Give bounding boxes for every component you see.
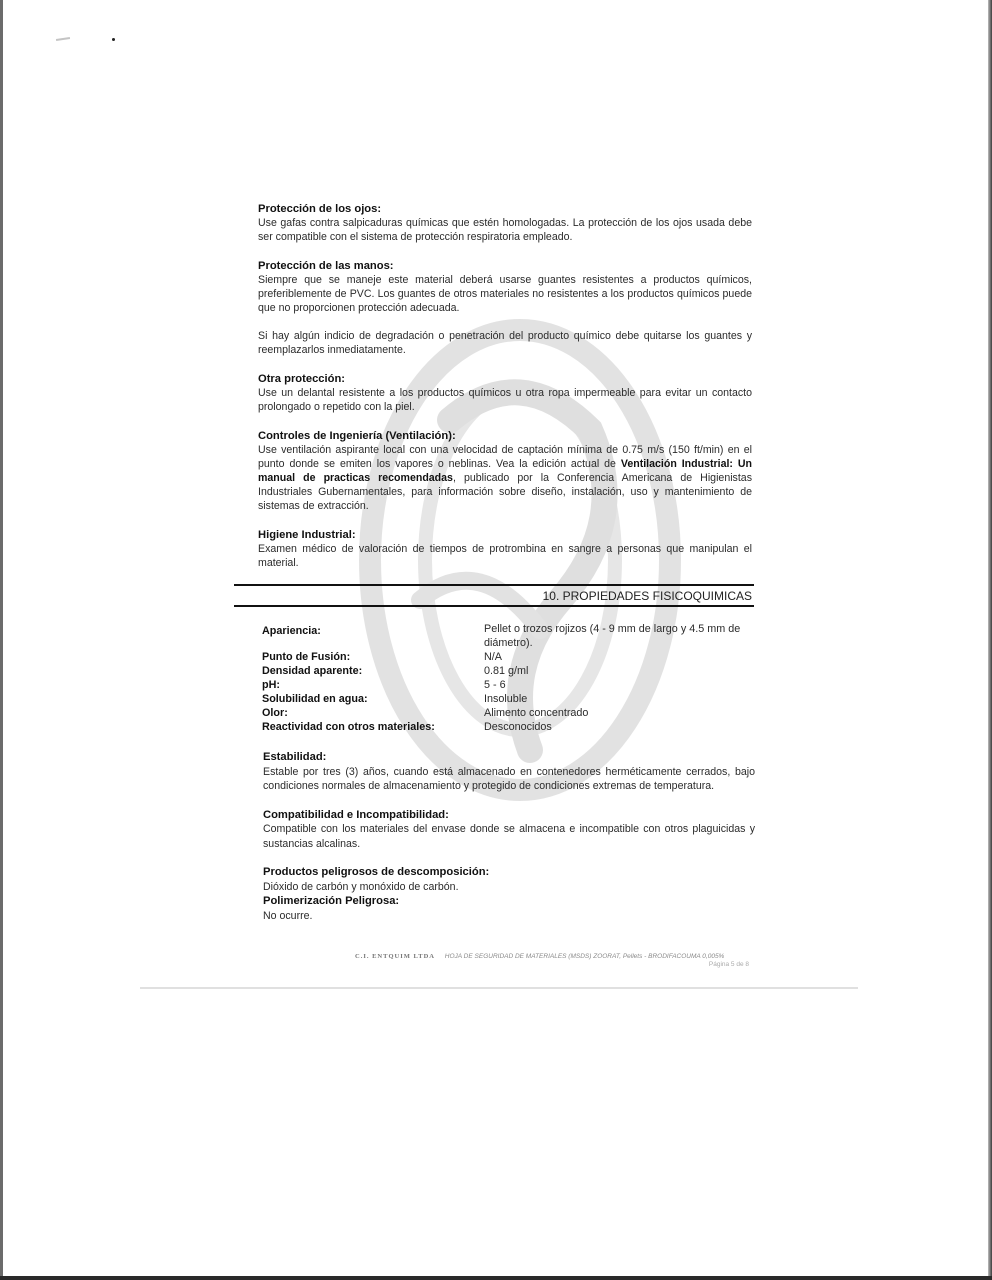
property-value: 5 - 6 bbox=[484, 678, 759, 692]
section-decomposition: Productos peligrosos de descomposición: … bbox=[263, 865, 755, 923]
section-heading: Protección de las manos: bbox=[258, 259, 752, 273]
section-text: Use un delantal resistente a los product… bbox=[258, 386, 752, 414]
section-heading: Higiene Industrial: bbox=[258, 528, 752, 542]
protection-sections: Protección de los ojos: Use gafas contra… bbox=[258, 202, 752, 585]
property-label: Olor: bbox=[262, 706, 484, 720]
page-number: Página 5 de 8 bbox=[355, 961, 755, 968]
property-row: Solubilidad en agua: Insoluble bbox=[262, 692, 762, 706]
property-label: Apariencia: bbox=[262, 622, 484, 650]
section-industrial-hygiene: Higiene Industrial: Examen médico de val… bbox=[258, 528, 752, 570]
section-other-protection: Otra protección: Use un delantal resiste… bbox=[258, 372, 752, 414]
page-footer: C.I. ENTQUIM LTDA HOJA DE SEGURIDAD DE M… bbox=[355, 953, 755, 968]
property-label: pH: bbox=[262, 678, 484, 692]
property-row: Densidad aparente: 0.81 g/ml bbox=[262, 664, 762, 678]
section-heading: Polimerización Peligrosa: bbox=[263, 894, 755, 909]
stability-sections: Estabilidad: Estable por tres (3) años, … bbox=[263, 750, 755, 937]
footer-document-title: HOJA DE SEGURIDAD DE MATERIALES (MSDS) Z… bbox=[445, 953, 725, 960]
property-label: Solubilidad en agua: bbox=[262, 692, 484, 706]
section-text: Si hay algún indicio de degradación o pe… bbox=[258, 329, 752, 357]
section-engineering-controls: Controles de Ingeniería (Ventilación): U… bbox=[258, 429, 752, 513]
section-text: Estable por tres (3) años, cuando está a… bbox=[263, 765, 755, 794]
section-10-title: 10. PROPIEDADES FISICOQUIMICAS bbox=[234, 586, 754, 605]
section-text: Dióxido de carbón y monóxido de carbón. bbox=[263, 880, 755, 895]
property-label: Punto de Fusión: bbox=[262, 650, 484, 664]
property-row: Punto de Fusión: N/A bbox=[262, 650, 762, 664]
section-text: No ocurre. bbox=[263, 909, 755, 924]
scan-edge-right bbox=[988, 0, 992, 1280]
property-row: Reactividad con otros materiales: Descon… bbox=[262, 720, 762, 734]
section-10-header: 10. PROPIEDADES FISICOQUIMICAS bbox=[234, 584, 754, 607]
section-hand-protection: Protección de las manos: Siempre que se … bbox=[258, 259, 752, 357]
property-row: pH: 5 - 6 bbox=[262, 678, 762, 692]
scan-edge-bottom bbox=[0, 1276, 992, 1280]
properties-table: Apariencia: Pellet o trozos rojizos (4 -… bbox=[262, 622, 762, 734]
section-text: Use gafas contra salpicaduras químicas q… bbox=[258, 216, 752, 244]
property-label: Densidad aparente: bbox=[262, 664, 484, 678]
section-heading: Controles de Ingeniería (Ventilación): bbox=[258, 429, 752, 443]
section-heading: Productos peligrosos de descomposición: bbox=[263, 865, 755, 880]
property-label: Reactividad con otros materiales: bbox=[262, 720, 484, 734]
section-stability: Estabilidad: Estable por tres (3) años, … bbox=[263, 750, 755, 794]
divider-bottom bbox=[234, 605, 754, 607]
scan-speck bbox=[56, 37, 70, 41]
property-value: Insoluble bbox=[484, 692, 759, 706]
section-heading: Otra protección: bbox=[258, 372, 752, 386]
property-value: 0.81 g/ml bbox=[484, 664, 759, 678]
property-value: Desconocidos bbox=[484, 720, 759, 734]
section-text: Siempre que se maneje este material debe… bbox=[258, 273, 752, 315]
section-heading: Estabilidad: bbox=[263, 750, 755, 765]
scan-edge-left bbox=[0, 0, 3, 1280]
property-value: Pellet o trozos rojizos (4 - 9 mm de lar… bbox=[484, 622, 759, 650]
section-eye-protection: Protección de los ojos: Use gafas contra… bbox=[258, 202, 752, 244]
section-text: Use ventilación aspirante local con una … bbox=[258, 443, 752, 513]
scan-speck bbox=[112, 38, 115, 41]
property-value: N/A bbox=[484, 650, 759, 664]
section-heading: Compatibilidad e Incompatibilidad: bbox=[263, 808, 755, 823]
section-heading: Protección de los ojos: bbox=[258, 202, 752, 216]
section-compatibility: Compatibilidad e Incompatibilidad: Compa… bbox=[263, 808, 755, 852]
property-row: Olor: Alimento concentrado bbox=[262, 706, 762, 720]
footer-company: C.I. ENTQUIM LTDA bbox=[355, 953, 435, 960]
section-text: Examen médico de valoración de tiempos d… bbox=[258, 542, 752, 570]
section-text: Compatible con los materiales del envase… bbox=[263, 822, 755, 851]
footer-divider bbox=[140, 987, 858, 989]
property-row: Apariencia: Pellet o trozos rojizos (4 -… bbox=[262, 622, 762, 650]
property-value: Alimento concentrado bbox=[484, 706, 759, 720]
